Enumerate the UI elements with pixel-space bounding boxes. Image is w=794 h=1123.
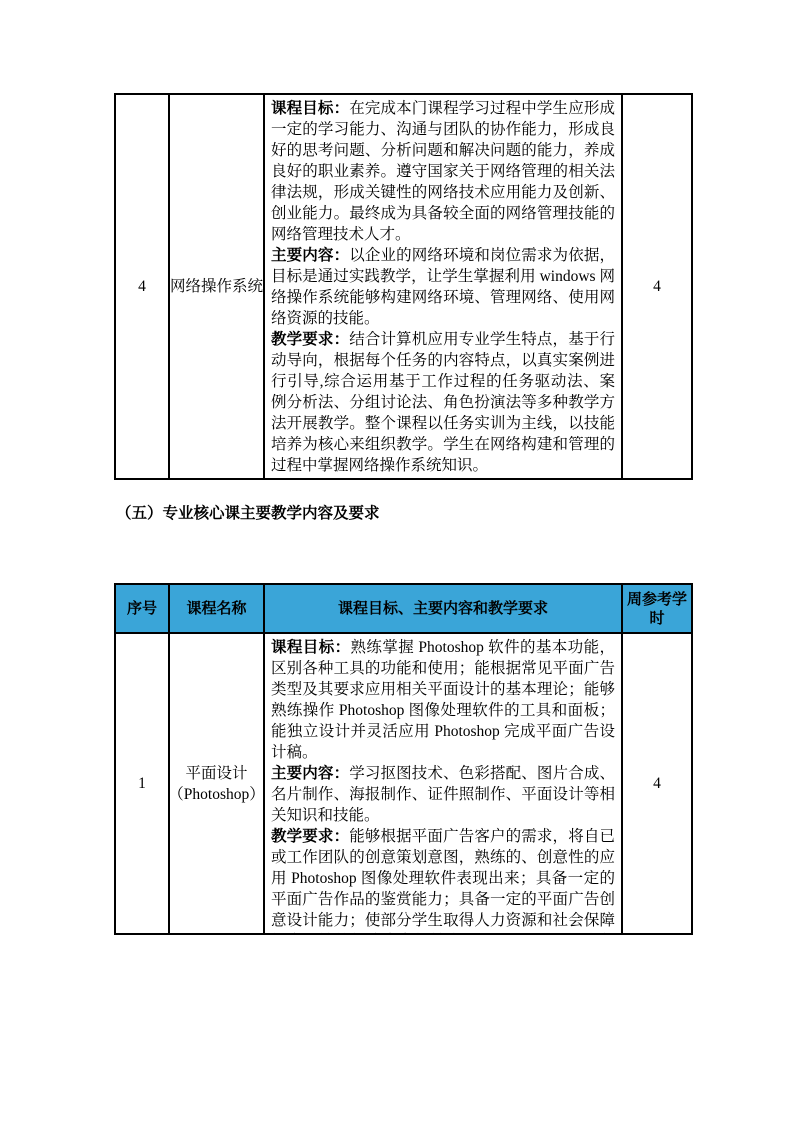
paragraph-text: 熟练掌握 Photoshop 软件的基本功能，区别各种工具的功能和使用；能根据常… xyxy=(271,639,615,761)
table2-header-row: 序号 课程名称 课程目标、主要内容和教学要求 周参考学时 xyxy=(116,585,691,632)
paragraph-label: 课程目标： xyxy=(271,639,351,656)
course-index-cell: 4 xyxy=(116,95,168,478)
paragraph-text: 在完成本门课程学习过程中学生应形成一定的学习能力、沟通与团队的协作能力，形成良好… xyxy=(271,100,615,243)
paragraph-label: 教学要求： xyxy=(271,828,349,845)
course-details-cell: 课程目标：熟练掌握 Photoshop 软件的基本功能，区别各种工具的功能和使用… xyxy=(263,634,621,933)
paragraph-main-content: 主要内容：学习抠图技术、色彩搭配、图片合成、名片制作、海报制作、证件照制作、平面… xyxy=(271,763,615,826)
section-heading: （五）专业核心课主要教学内容及要求 xyxy=(116,503,380,525)
weekly-hours-cell: 4 xyxy=(621,95,691,478)
header-cell-weekly-hours: 周参考学时 xyxy=(621,585,691,632)
paragraph-label: 课程目标： xyxy=(271,100,349,117)
core-course-table: 序号 课程名称 课程目标、主要内容和教学要求 周参考学时 1 平面设计 （Pho… xyxy=(114,583,693,935)
paragraph-main-content: 主要内容：以企业的网络环境和岗位需求为依据，目标是通过实践教学，让学生掌握利用 … xyxy=(271,245,615,329)
weekly-hours-cell: 4 xyxy=(621,634,691,933)
paragraph-teaching-requirements: 教学要求：结合计算机应用专业学生特点，基于行动导向，根据每个任务的内容特点，以真… xyxy=(271,329,615,476)
course-name-cell: 平面设计 （Photoshop） xyxy=(168,634,263,933)
table-row-graphic-design: 1 平面设计 （Photoshop） 课程目标：熟练掌握 Photoshop 软… xyxy=(116,632,691,933)
header-cell-index: 序号 xyxy=(116,585,168,632)
paragraph-label: 教学要求： xyxy=(271,331,349,348)
paragraph-course-objectives: 课程目标：在完成本门课程学习过程中学生应形成一定的学习能力、沟通与团队的协作能力… xyxy=(271,98,615,245)
course-details-cell: 课程目标：在完成本门课程学习过程中学生应形成一定的学习能力、沟通与团队的协作能力… xyxy=(263,95,621,478)
paragraph-teaching-requirements: 教学要求：能够根据平面广告客户的需求，将自已或工作团队的创意策划意图，熟练的、创… xyxy=(271,826,615,933)
paragraph-course-objectives: 课程目标：熟练掌握 Photoshop 软件的基本功能，区别各种工具的功能和使用… xyxy=(271,637,615,763)
header-cell-details: 课程目标、主要内容和教学要求 xyxy=(263,585,621,632)
table-row-network-os: 4 网络操作系统 课程目标：在完成本门课程学习过程中学生应形成一定的学习能力、沟… xyxy=(116,95,691,478)
paragraph-text: 结合计算机应用专业学生特点，基于行动导向，根据每个任务的内容特点，以真实案例进行… xyxy=(271,331,615,474)
header-cell-course-name: 课程名称 xyxy=(168,585,263,632)
paragraph-label: 主要内容： xyxy=(271,247,349,264)
course-table-continued: 4 网络操作系统 课程目标：在完成本门课程学习过程中学生应形成一定的学习能力、沟… xyxy=(114,93,693,480)
paragraph-label: 主要内容： xyxy=(271,765,349,782)
course-index-cell: 1 xyxy=(116,634,168,933)
course-name-cell: 网络操作系统 xyxy=(168,95,263,478)
